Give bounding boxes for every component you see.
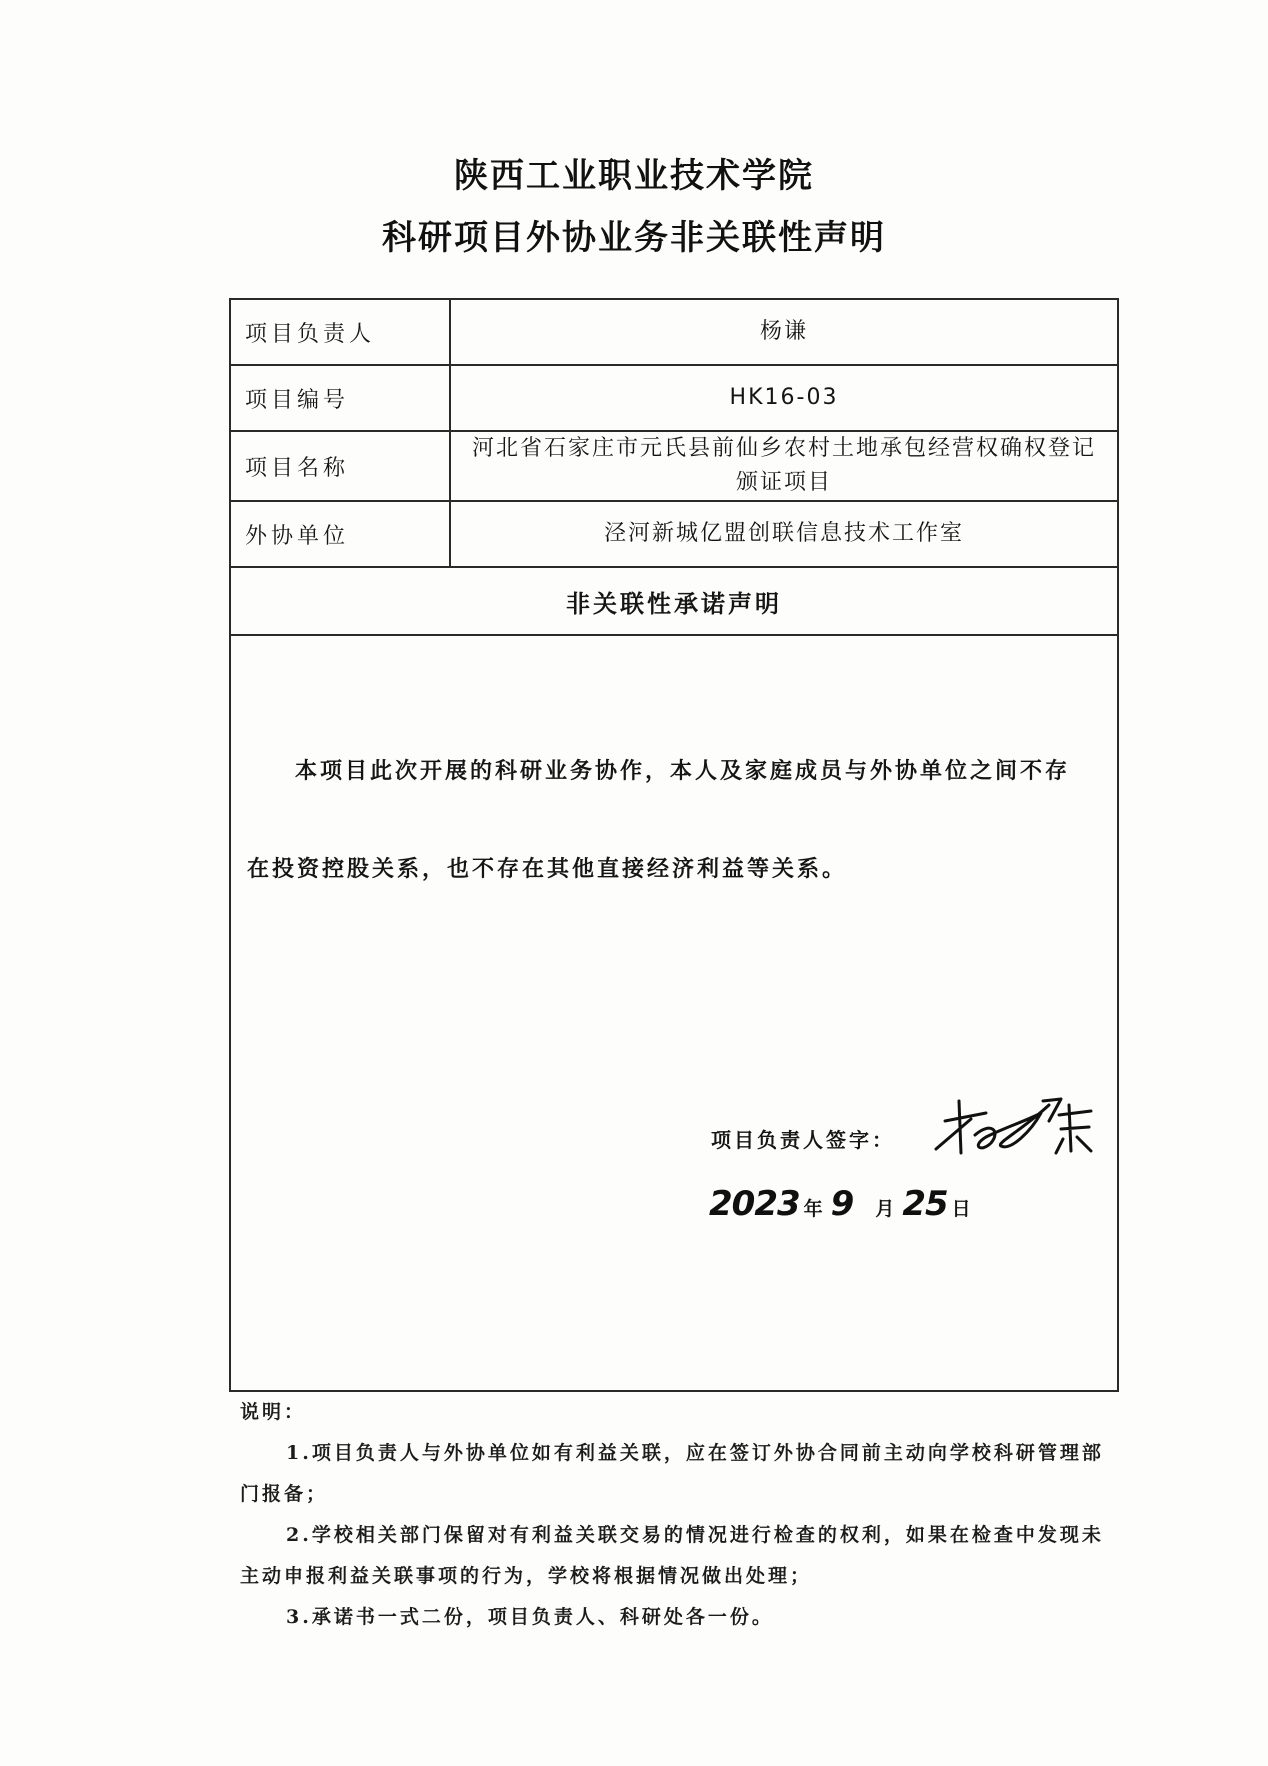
project-number-label: 项目编号: [230, 365, 450, 431]
statement-body: 本项目此次开展的科研业务协作，本人及家庭成员与外协单位之间不存 在投资控股关系，…: [231, 636, 1117, 1390]
note-item-2: 2.学校相关部门保留对有利益关联交易的情况进行检查的权利，如果在检查中发现未主动…: [240, 1515, 1120, 1597]
notes-section: 说明： 1.项目负责人与外协单位如有利益关联，应在签订外协合同前主动向学校科研管…: [240, 1392, 1120, 1638]
date-year: 2023: [709, 1184, 800, 1224]
project-leader-label: 项目负责人: [230, 299, 450, 365]
table-row: 项目负责人 杨谦: [230, 299, 1118, 365]
project-name-value: 河北省石家庄市元氏县前仙乡农村土地承包经营权确权登记颁证项目: [450, 431, 1118, 501]
note-item-1: 1.项目负责人与外协单位如有利益关联，应在签订外协合同前主动向学校科研管理部门报…: [240, 1433, 1120, 1515]
date-day: 25: [902, 1184, 947, 1224]
date-day-unit: 日: [952, 1198, 971, 1220]
date-month: 9: [831, 1184, 854, 1224]
date-month-unit: 月: [875, 1198, 894, 1220]
institution-name: 陕西工业职业技术学院: [0, 148, 1268, 197]
document-title: 科研项目外协业务非关联性声明: [0, 210, 1268, 259]
statement-line-2: 在投资控股关系，也不存在其他直接经济利益等关系。: [247, 852, 1103, 883]
statement-line-1: 本项目此次开展的科研业务协作，本人及家庭成员与外协单位之间不存: [295, 754, 1103, 785]
table-row: 项目编号 HK16-03: [230, 365, 1118, 431]
date-year-unit: 年: [804, 1198, 823, 1220]
project-number-value: HK16-03: [450, 365, 1118, 431]
note-item-3: 3.承诺书一式二份，项目负责人、科研处各一份。: [240, 1597, 1120, 1638]
signature-date: 2023年9月25日: [709, 1184, 979, 1224]
signature-label: 项目负责人签字：: [711, 1124, 895, 1153]
project-leader-value: 杨谦: [450, 299, 1118, 365]
table-row: 非关联性承诺声明: [230, 567, 1118, 635]
table-row: 本项目此次开展的科研业务协作，本人及家庭成员与外协单位之间不存 在投资控股关系，…: [230, 635, 1118, 1391]
section-title: 非关联性承诺声明: [230, 567, 1118, 635]
table-row: 外协单位 泾河新城亿盟创联信息技术工作室: [230, 501, 1118, 567]
statement-cell: 本项目此次开展的科研业务协作，本人及家庭成员与外协单位之间不存 在投资控股关系，…: [230, 635, 1118, 1391]
declaration-form-table: 项目负责人 杨谦 项目编号 HK16-03 项目名称 河北省石家庄市元氏县前仙乡…: [229, 298, 1119, 1392]
project-name-label: 项目名称: [230, 431, 450, 501]
handwritten-signature: [931, 1091, 1101, 1161]
notes-heading: 说明：: [240, 1392, 1120, 1433]
contractor-value: 泾河新城亿盟创联信息技术工作室: [450, 501, 1118, 567]
contractor-label: 外协单位: [230, 501, 450, 567]
table-row: 项目名称 河北省石家庄市元氏县前仙乡农村土地承包经营权确权登记颁证项目: [230, 431, 1118, 501]
